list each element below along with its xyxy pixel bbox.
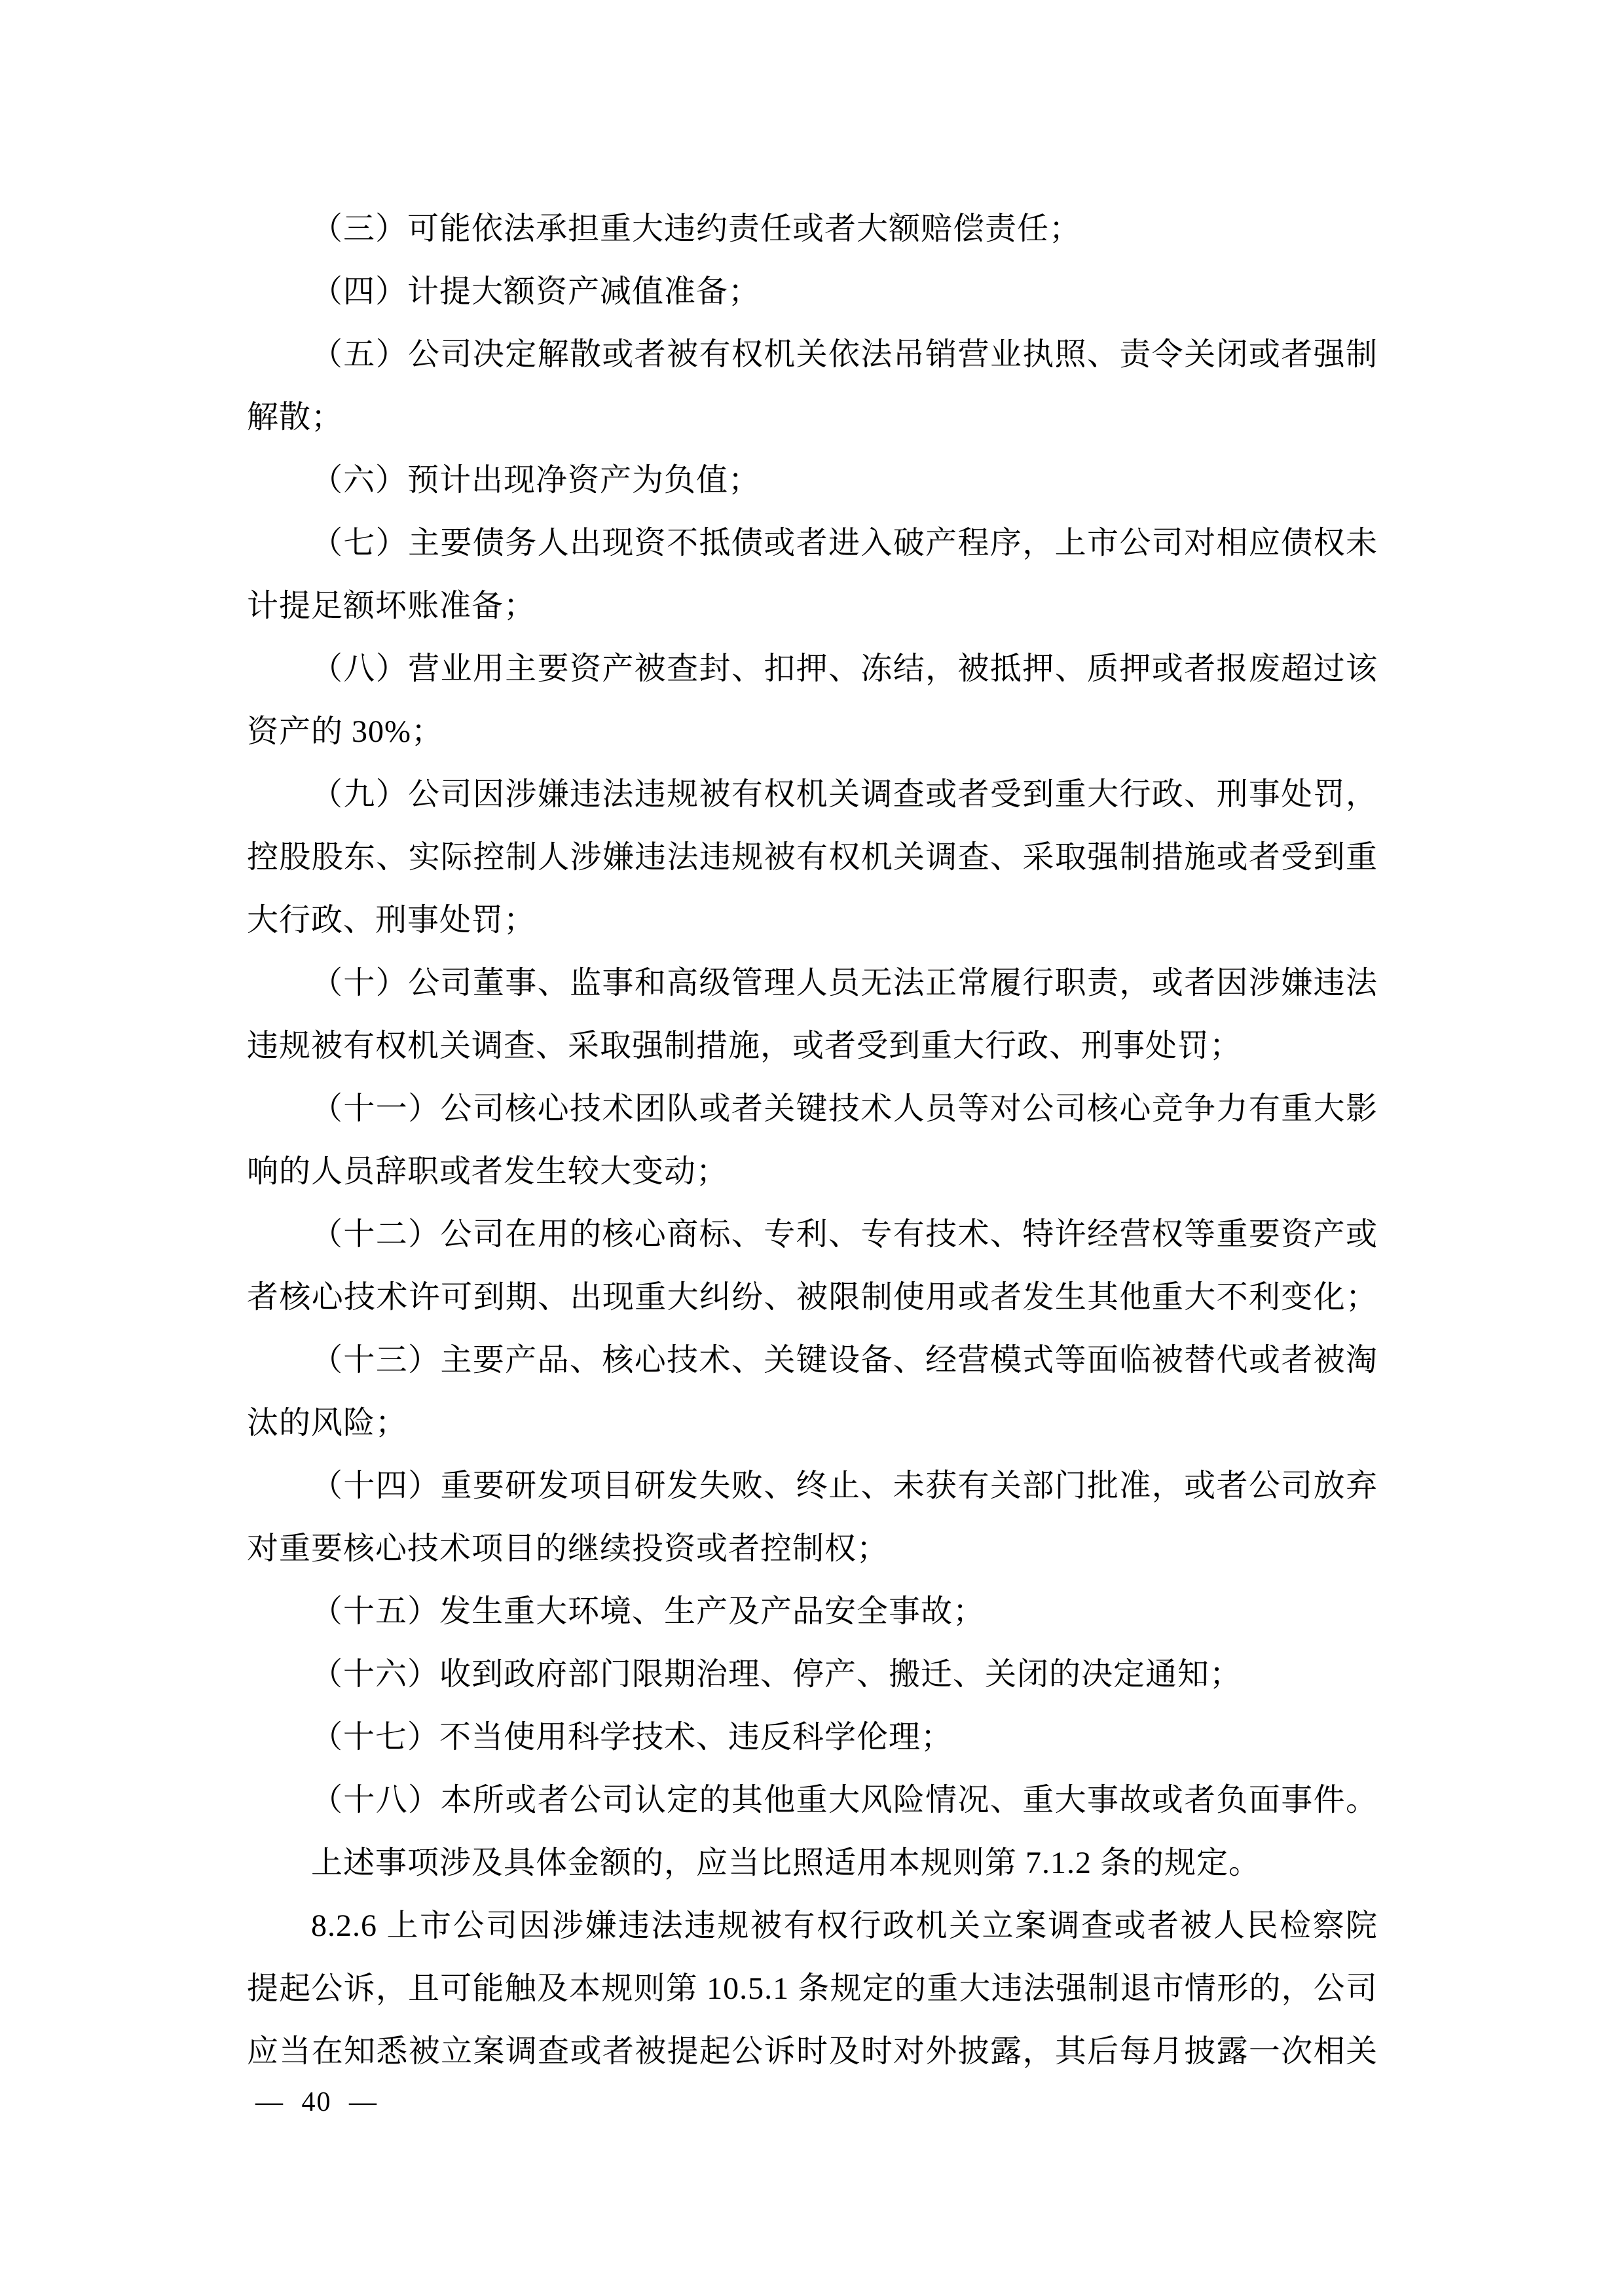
text-line: 控股股东、实际控制人涉嫌违法违规被有权机关调查、采取强制措施或者受到重 (247, 826, 1378, 889)
text-line: （十三）主要产品、核心技术、关键设备、经营模式等面临被替代或者被淘 (247, 1329, 1378, 1392)
document-page: （三）可能依法承担重大违约责任或者大额赔偿责任； （四）计提大额资产减值准备； … (0, 0, 1624, 2296)
text-line: 违规被有权机关调查、采取强制措施，或者受到重大行政、刑事处罚； (247, 1015, 1378, 1078)
text-line: （十二）公司在用的核心商标、专利、专有技术、特许经营权等重要资产或 (247, 1203, 1378, 1266)
page-body: （三）可能依法承担重大违约责任或者大额赔偿责任； （四）计提大额资产减值准备； … (247, 198, 1378, 2083)
page-number: — 40 — (255, 2085, 378, 2120)
text-line: （十六）收到政府部门限期治理、停产、搬迁、关闭的决定通知； (247, 1643, 1378, 1706)
text-line: 汰的风险； (247, 1392, 1378, 1455)
text-line: 资产的 30%； (247, 701, 1378, 763)
text-line: （十七）不当使用科学技术、违反科学伦理； (247, 1706, 1378, 1769)
text-line: （八）营业用主要资产被查封、扣押、冻结，被抵押、质押或者报废超过该 (247, 638, 1378, 701)
text-line: （七）主要债务人出现资不抵债或者进入破产程序，上市公司对相应债权未 (247, 512, 1378, 575)
text-line: （三）可能依法承担重大违约责任或者大额赔偿责任； (247, 198, 1378, 261)
text-line: （十五）发生重大环境、生产及产品安全事故； (247, 1580, 1378, 1643)
text-line: 提起公诉，且可能触及本规则第 10.5.1 条规定的重大违法强制退市情形的，公司 (247, 1958, 1378, 2020)
text-line: 上述事项涉及具体金额的，应当比照适用本规则第 7.1.2 条的规定。 (247, 1832, 1378, 1895)
text-line: （十一）公司核心技术团队或者关键技术人员等对公司核心竞争力有重大影 (247, 1078, 1378, 1140)
text-line: 计提足额坏账准备； (247, 575, 1378, 638)
text-line: （五）公司决定解散或者被有权机关依法吊销营业执照、责令关闭或者强制 (247, 323, 1378, 386)
text-line: （六）预计出现净资产为负值； (247, 449, 1378, 512)
text-line: （九）公司因涉嫌违法违规被有权机关调查或者受到重大行政、刑事处罚， (247, 763, 1378, 826)
text-line: （十四）重要研发项目研发失败、终止、未获有关部门批准，或者公司放弃 (247, 1455, 1378, 1518)
text-line: （十八）本所或者公司认定的其他重大风险情况、重大事故或者负面事件。 (247, 1769, 1378, 1832)
text-line: （四）计提大额资产减值准备； (247, 261, 1378, 323)
text-line: （十）公司董事、监事和高级管理人员无法正常履行职责，或者因涉嫌违法 (247, 952, 1378, 1015)
text-line: 者核心技术许可到期、出现重大纠纷、被限制使用或者发生其他重大不利变化； (247, 1266, 1378, 1329)
text-line: 8.2.6 上市公司因涉嫌违法违规被有权行政机关立案调查或者被人民检察院 (247, 1895, 1378, 1958)
text-line: 对重要核心技术项目的继续投资或者控制权； (247, 1518, 1378, 1580)
text-line: 解散； (247, 386, 1378, 449)
text-line: 大行政、刑事处罚； (247, 889, 1378, 952)
text-line: 响的人员辞职或者发生较大变动； (247, 1140, 1378, 1203)
text-line: 应当在知悉被立案调查或者被提起公诉时及时对外披露，其后每月披露一次相关 (247, 2020, 1378, 2083)
